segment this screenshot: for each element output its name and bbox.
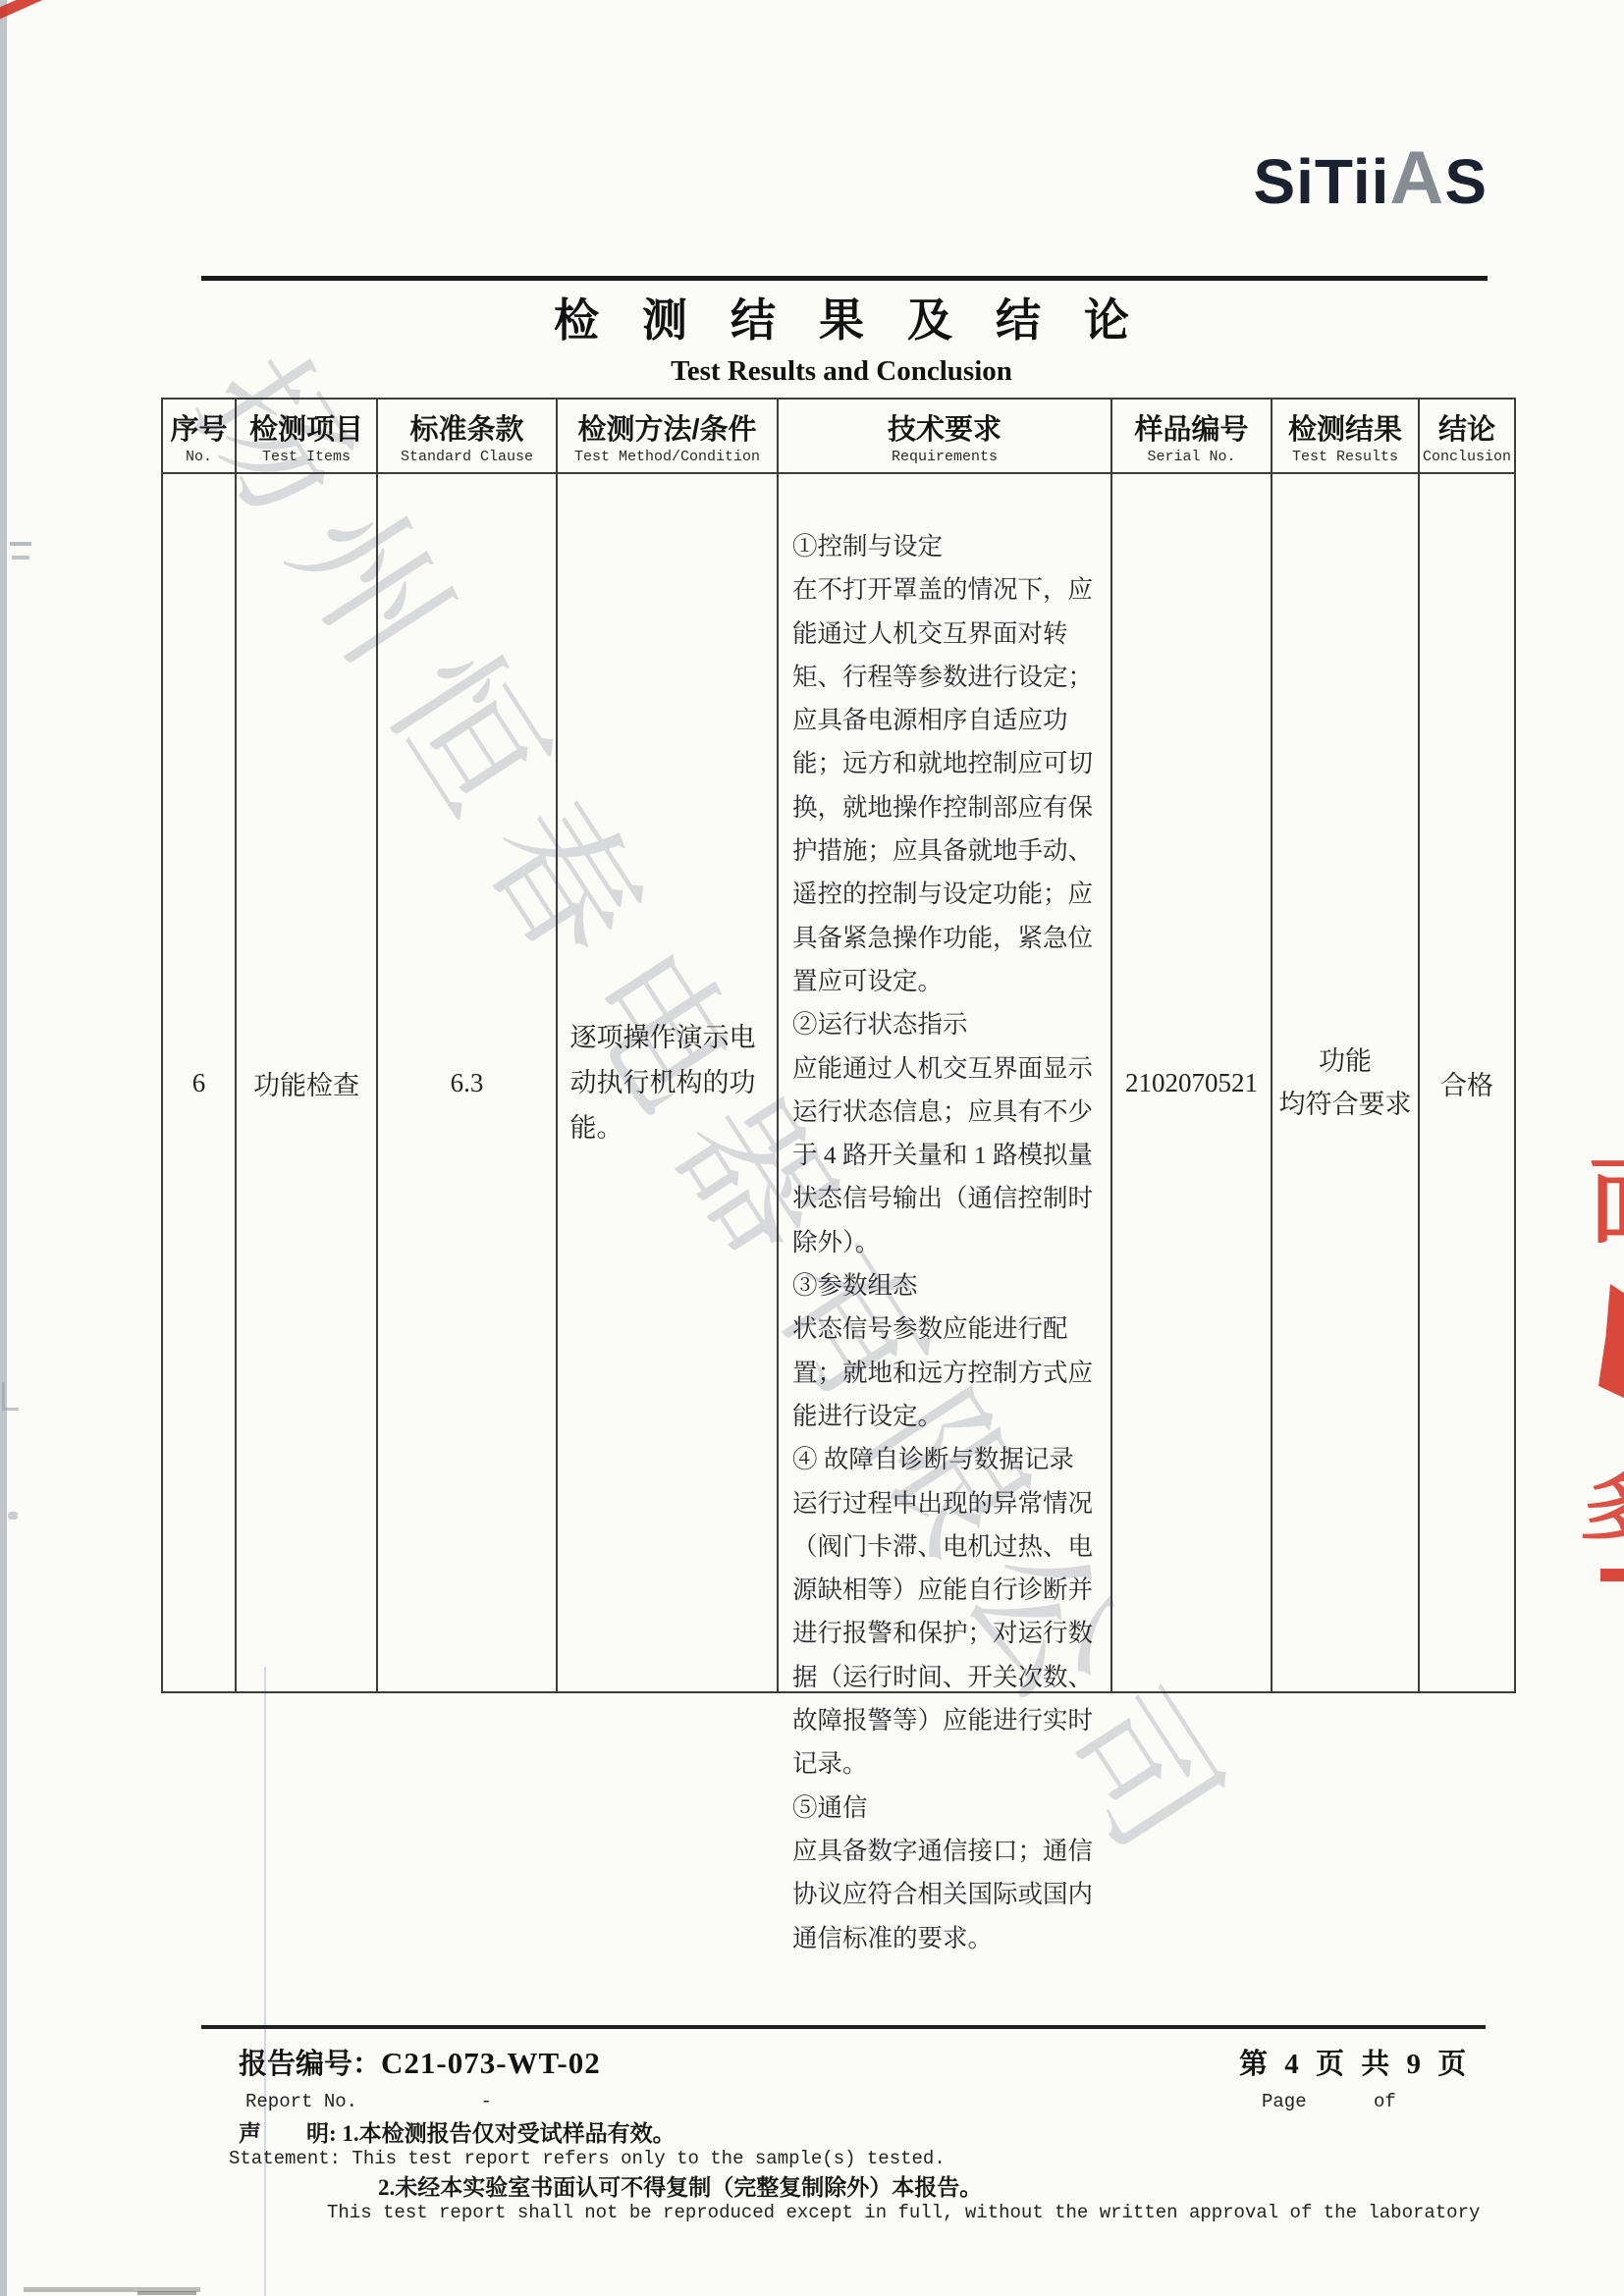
- red-stamp-blob: [1598, 1284, 1624, 1400]
- scan-artifact: [10, 542, 31, 546]
- red-stamp-glyph: 面: [1589, 1127, 1624, 1261]
- red-stamp-dash: [1600, 1569, 1624, 1581]
- scan-artifact: [2, 1382, 19, 1411]
- col-header-conclusion: 结论 Conclusion: [1420, 400, 1514, 474]
- col-header-en: Requirements: [892, 449, 998, 465]
- report-page: 扬州恒春电器有限公司 面 多 SiTiiAS 检测结果及结论 Test Resu…: [0, 0, 1624, 2296]
- logo-part1: SiTii: [1253, 146, 1389, 217]
- results-table: 序号 No. 检测项目 Test Items 标准条款 Standard Cla…: [161, 398, 1516, 1693]
- page-title-en: Test Results and Conclusion: [169, 355, 1514, 388]
- page-number-en: Page of: [1262, 2091, 1396, 2112]
- cell-test-method: 逐项操作演示电动执行机构的功能。: [558, 474, 779, 1691]
- col-header-en: Test Method/Condition: [574, 449, 760, 465]
- footer-rule: [201, 2025, 1486, 2029]
- col-header-test-method: 检测方法/条件 Test Method/Condition: [558, 400, 779, 474]
- col-header-test-items: 检测项目 Test Items: [237, 400, 378, 474]
- header-rule: [201, 276, 1488, 281]
- col-header-zh: 结论: [1438, 407, 1495, 448]
- col-header-zh: 标准条款: [409, 407, 523, 448]
- scan-artifact: [8, 1512, 18, 1520]
- cell-test-method-text: 逐项操作演示电动执行机构的功能。: [570, 1015, 765, 1150]
- col-header-zh: 样品编号: [1134, 407, 1248, 448]
- report-number-en: Report No. -: [245, 2091, 492, 2112]
- col-header-en: Test Results: [1292, 449, 1398, 465]
- col-header-zh: 序号: [170, 407, 227, 448]
- statement2-zh: 2.未经本实验室书面认可不得复制（完整复制除外）本报告。: [378, 2169, 982, 2202]
- statement-zh: 声 明: 1.本检测报告仅对受试样品有效。: [239, 2115, 676, 2148]
- red-stamp-fragment: 面 多: [1581, 1119, 1624, 1629]
- col-header-zh: 技术要求: [888, 407, 1001, 448]
- statement2-en: This test report shall not be reproduced…: [327, 2202, 1480, 2223]
- sitiias-logo: SiTiiAS: [1149, 145, 1488, 218]
- logo-part2: A: [1389, 136, 1444, 220]
- report-number-line: 报告编号：C21-073-WT-02: [239, 2042, 601, 2082]
- col-header-en: Standard Clause: [401, 449, 533, 465]
- col-header-requirements: 技术要求 Requirements: [779, 400, 1112, 474]
- cell-test-item: 功能检查: [237, 474, 378, 1691]
- cell-requirements: ①控制与设定 在不打开罩盖的情况下，应能通过人机交互界面对转矩、行程等参数进行设…: [779, 474, 1112, 1691]
- col-header-no: 序号 No.: [163, 400, 237, 474]
- col-header-en: No.: [186, 449, 212, 465]
- scan-fold-line: [264, 1667, 266, 2296]
- col-header-serial-no: 样品编号 Serial No.: [1112, 400, 1272, 474]
- cell-conclusion: 合格: [1420, 474, 1514, 1691]
- scan-smudge: [137, 2291, 196, 2295]
- col-header-zh: 检测方法/条件: [577, 407, 756, 448]
- report-number-value: C21-073-WT-02: [381, 2046, 601, 2080]
- red-corner-mark: [0, 0, 51, 21]
- page-title-zh: 检测结果及结论: [169, 285, 1514, 349]
- col-header-zh: 检测项目: [249, 407, 363, 448]
- cell-test-result: 功能 均符合要求: [1272, 474, 1420, 1691]
- page-number: 第 4 页 共 9 页: [1239, 2042, 1471, 2082]
- col-header-test-results: 检测结果 Test Results: [1272, 400, 1420, 474]
- cell-no: 6: [163, 474, 237, 1691]
- statement-en: Statement: This test report refers only …: [229, 2148, 946, 2169]
- red-stamp-glyph: 多: [1581, 1437, 1624, 1569]
- logo-part3: S: [1444, 146, 1488, 217]
- cell-serial-no: 2102070521: [1112, 474, 1272, 1691]
- col-header-en: Serial No.: [1147, 449, 1235, 465]
- report-number-label: 报告编号：: [239, 2049, 381, 2080]
- col-header-standard-clause: 标准条款 Standard Clause: [378, 400, 558, 474]
- scan-artifact: [12, 556, 29, 560]
- col-header-en: Test Items: [262, 449, 351, 465]
- scan-left-edge: [0, 0, 7, 2296]
- col-header-en: Conclusion: [1423, 449, 1511, 465]
- title-block: 检测结果及结论 Test Results and Conclusion: [169, 285, 1514, 388]
- cell-standard-clause: 6.3: [378, 474, 558, 1691]
- col-header-zh: 检测结果: [1288, 407, 1402, 448]
